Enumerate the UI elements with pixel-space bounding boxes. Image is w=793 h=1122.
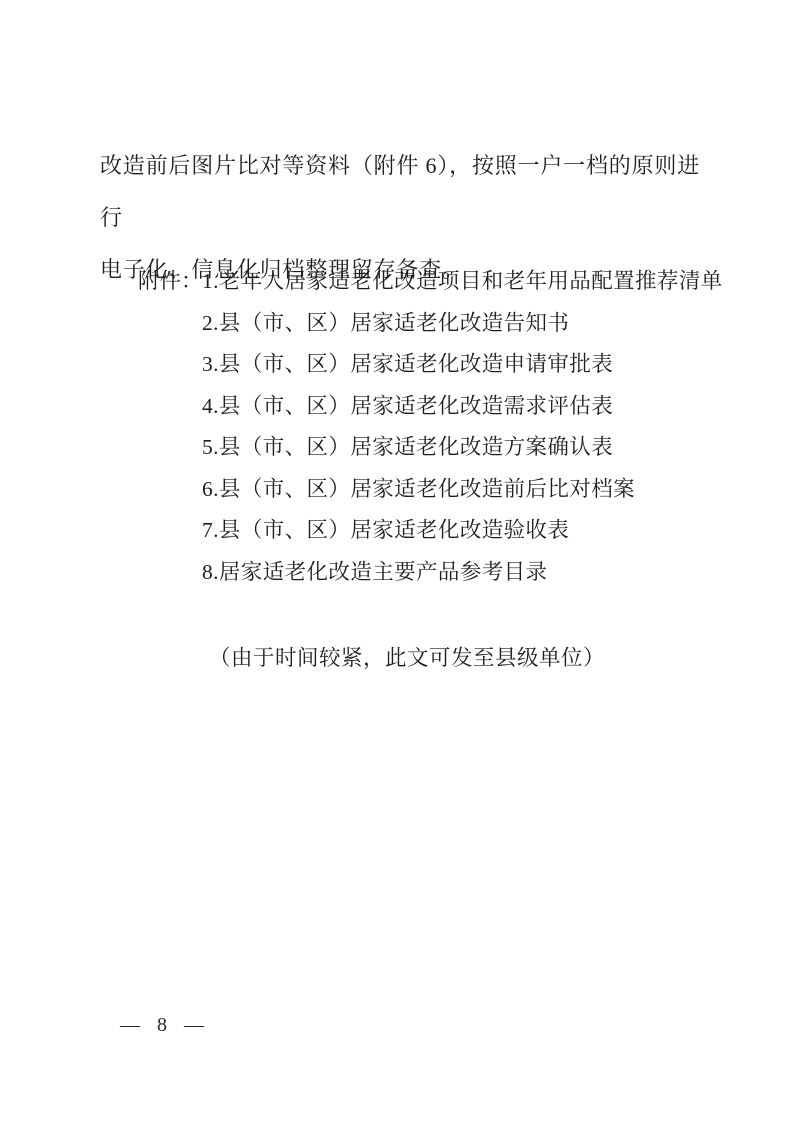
- attachment-item: 1.老年人居家适老化改造项目和老年用品配置推荐清单: [202, 261, 723, 303]
- attachment-item: 2.县（市、区）居家适老化改造告知书: [202, 303, 723, 345]
- paragraph-line-1: 改造前后图片比对等资料（附件 6），按照一户一档的原则进行: [100, 140, 700, 244]
- attachment-item: 7.县（市、区）居家适老化改造验收表: [202, 510, 723, 552]
- note-line: （由于时间较紧，此文可发至县级单位）: [209, 641, 605, 672]
- attachment-item: 4.县（市、区）居家适老化改造需求评估表: [202, 386, 723, 428]
- attachments-block: 附件： 1.老年人居家适老化改造项目和老年用品配置推荐清单 2.县（市、区）居家…: [138, 261, 723, 593]
- page-number: — 8 —: [120, 1014, 206, 1037]
- attachment-item: 3.县（市、区）居家适老化改造申请审批表: [202, 344, 723, 386]
- document-page: 改造前后图片比对等资料（附件 6），按照一户一档的原则进行 电子化、信息化归档整…: [0, 0, 793, 1122]
- attachment-item: 6.县（市、区）居家适老化改造前后比对档案: [202, 469, 723, 511]
- attachments-list: 1.老年人居家适老化改造项目和老年用品配置推荐清单 2.县（市、区）居家适老化改…: [202, 261, 723, 593]
- attachment-item: 8.居家适老化改造主要产品参考目录: [202, 552, 723, 594]
- attachments-label: 附件：: [138, 261, 202, 303]
- attachment-item: 5.县（市、区）居家适老化改造方案确认表: [202, 427, 723, 469]
